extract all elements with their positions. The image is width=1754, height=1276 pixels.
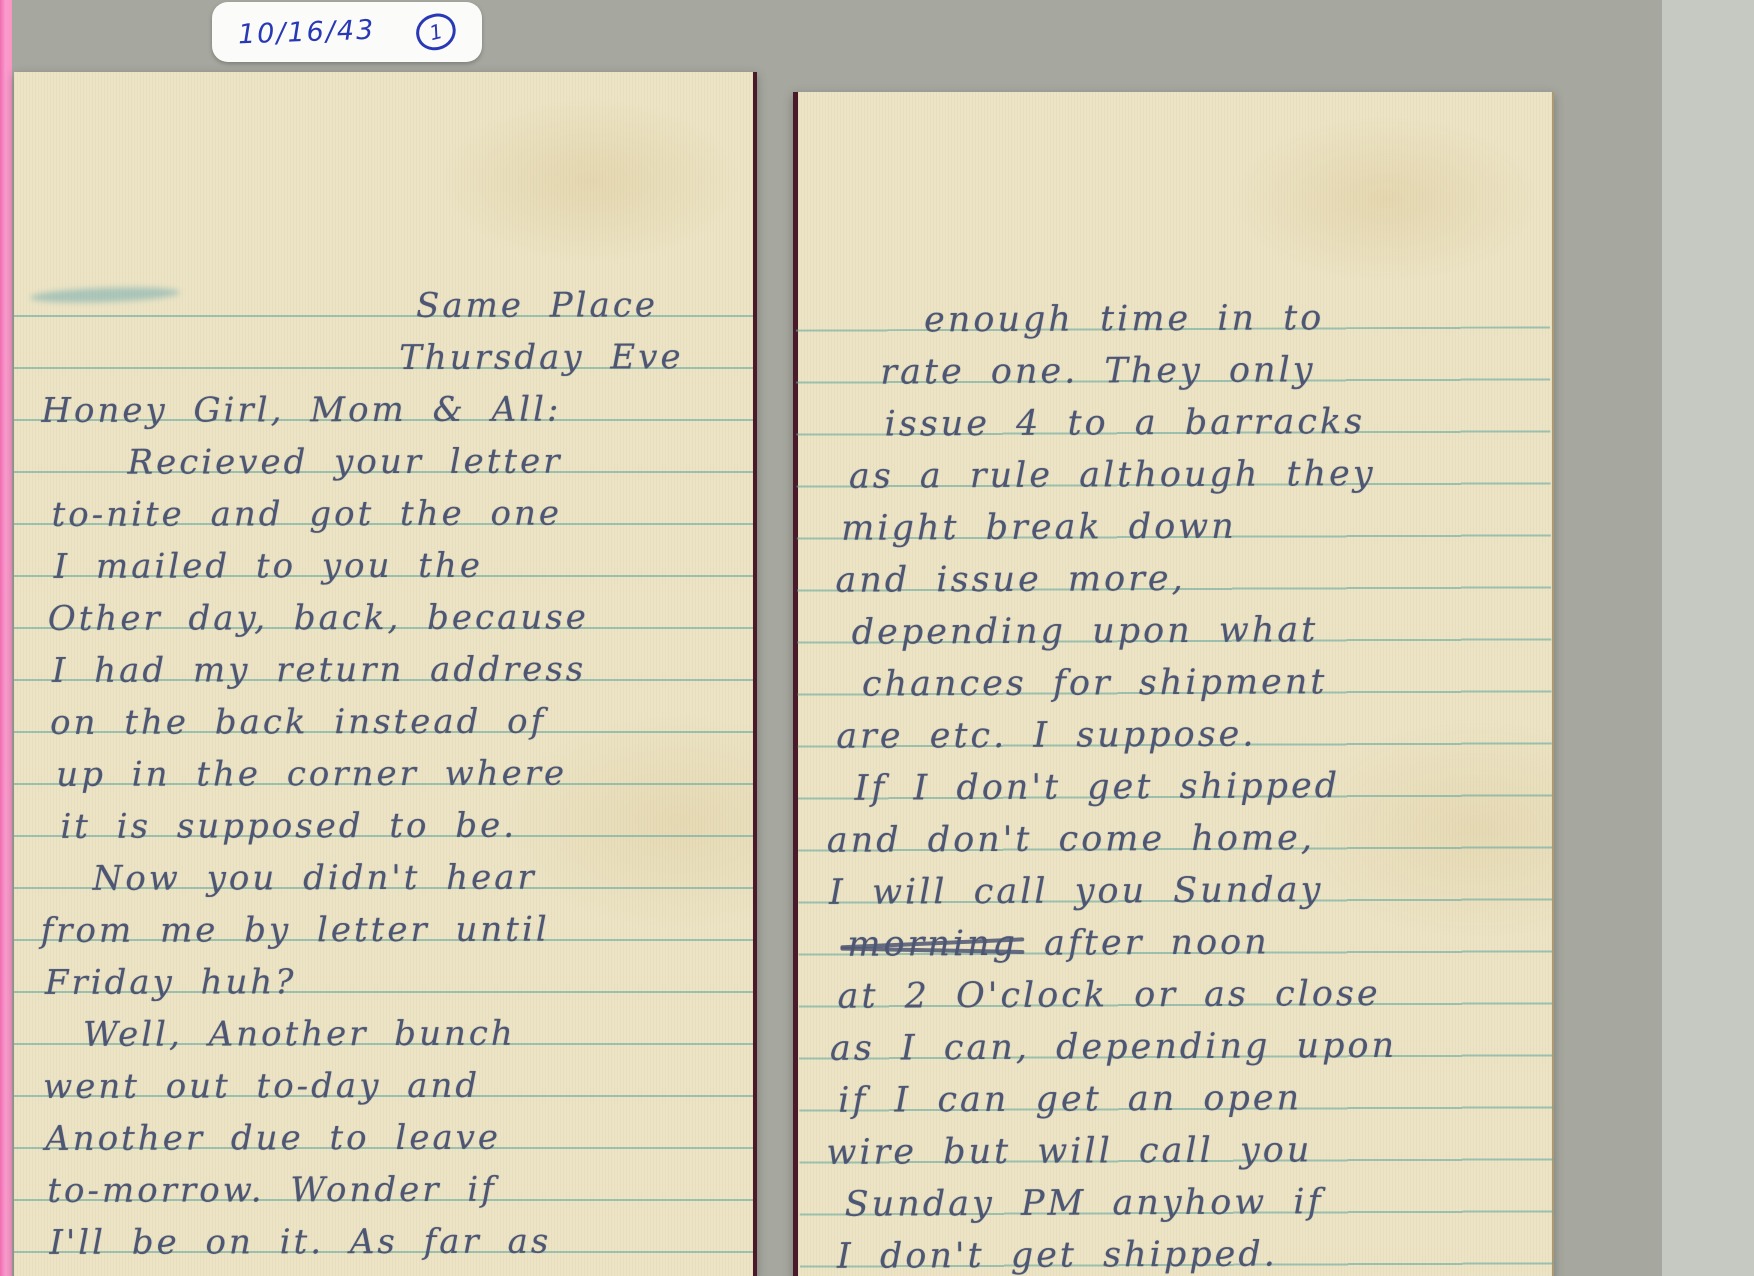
handwritten-line: wire but will call you [826, 1123, 1548, 1179]
handwriting-block: Same Place Thursday Eve Honey Girl, Mom … [30, 71, 748, 1269]
handwritten-line: I mailed to you the [54, 539, 747, 593]
handwritten-line: are etc. I suppose. [836, 707, 1546, 763]
handwritten-line: Same Place [416, 279, 746, 332]
handwritten-line: and don't come home, [827, 811, 1547, 867]
struck-out-word: morning [847, 918, 1018, 971]
handwritten-line: to-nite and got the one [52, 487, 747, 541]
handwritten-line: if I can get an open [838, 1071, 1548, 1127]
handwritten-line: as I can, depending upon [830, 1019, 1548, 1075]
handwritten-line: Well, Another bunch [83, 1007, 748, 1061]
handwritten-line: at 2 O'clock or as close [837, 967, 1547, 1023]
handwritten-line: Honey Girl, Mom & All: [41, 383, 746, 437]
handwritten-line: Another due to leave [45, 1111, 748, 1165]
handwritten-line: it is supposed to be. [60, 799, 747, 853]
handwritten-line: I'll be on it. As far as [49, 1215, 748, 1269]
handwritten-line: up in the corner where [56, 747, 747, 801]
handwritten-line: I will call you Sunday [829, 863, 1547, 919]
handwritten-line: Now you didn't hear [92, 851, 747, 905]
handwritten-line: I don't get shipped. [837, 1227, 1549, 1276]
handwritten-line: Other day, back, because [48, 591, 747, 645]
handwriting-block: enough time in to rate one. They only is… [813, 90, 1549, 1276]
handwritten-line: from me by letter until [41, 903, 748, 957]
pink-binder-strip [0, 0, 12, 1276]
handwritten-line-with-strikeout: morningafter noon [847, 915, 1547, 971]
handwritten-line: as a rule although they [849, 447, 1545, 503]
handwritten-line: rate one. They only [880, 343, 1544, 398]
date-label: 10/16/43 1 [212, 2, 482, 62]
handwritten-line: and issue more, [835, 551, 1545, 607]
date-text: 10/16/43 [238, 14, 376, 50]
handwritten-line: enough time in to [924, 291, 1544, 346]
line-text: after noon [1044, 923, 1270, 964]
letter-scan: Same Place Thursday Eve Honey Girl, Mom … [0, 0, 1754, 1276]
handwritten-line: to-morrow. Wonder if [47, 1163, 748, 1217]
handwritten-line: on the back instead of [50, 695, 747, 749]
scanner-background-band [1662, 0, 1754, 1276]
handwritten-line: I had my return address [52, 643, 747, 697]
handwritten-line: If I don't get shipped [854, 759, 1546, 815]
page-number-badge: 1 [412, 10, 460, 55]
handwritten-line: Friday huh? [45, 955, 748, 1009]
handwritten-line: Thursday Eve [399, 331, 746, 384]
handwritten-line: Recieved your letter [127, 435, 746, 489]
handwritten-line: went out to-day and [43, 1059, 748, 1113]
letter-page-1: Same Place Thursday Eve Honey Girl, Mom … [14, 72, 757, 1276]
letter-page-2: enough time in to rate one. They only is… [793, 92, 1554, 1276]
handwritten-line: chances for shipment [862, 655, 1546, 711]
handwritten-line: Sunday PM anyhow if [845, 1175, 1549, 1231]
handwritten-line: might break down [841, 499, 1545, 555]
handwritten-line: depending upon what [852, 603, 1546, 659]
handwritten-line: issue 4 to a barracks [884, 395, 1544, 450]
